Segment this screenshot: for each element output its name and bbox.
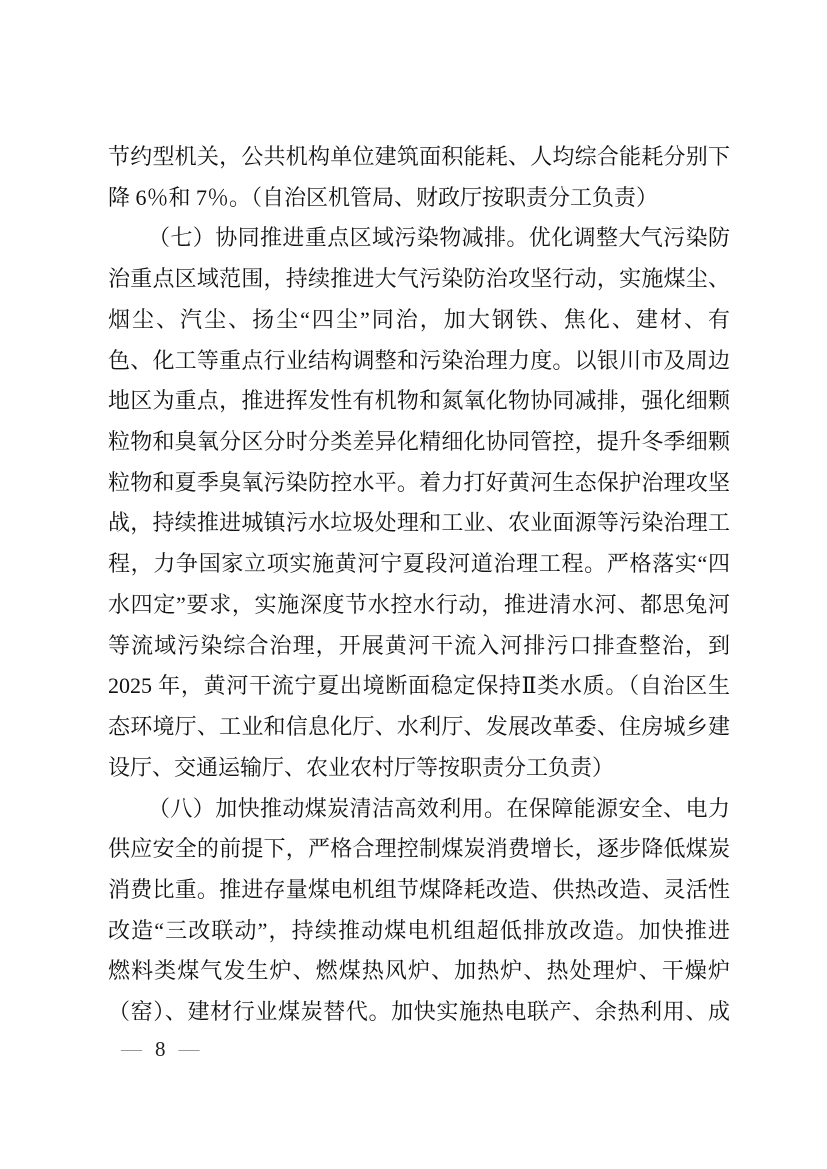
text-line: 降 6％和 7％。（自治区机管局、财政厅按职责分工负责） bbox=[108, 178, 730, 219]
text-line: 烟尘、汽尘、扬尘“四尘”同治，加大钢铁、焦化、建材、有 bbox=[108, 300, 730, 341]
text-line: （窑）、建材行业煤炭替代。加快实施热电联产、余热利用、成片 bbox=[108, 992, 730, 1033]
text-line: （七）协同推进重点区域污染物减排。优化调整大气污染防 bbox=[108, 218, 730, 259]
document-body: 节约型机关，公共机构单位建筑面积能耗、人均综合能耗分别下降 6％和 7％。（自治… bbox=[108, 137, 730, 1033]
text-line: 设厅、交通运输厅、农业农村厅等按职责分工负责） bbox=[108, 748, 730, 789]
text-line: 消费比重。推进存量煤电机组节煤降耗改造、供热改造、灵活性 bbox=[108, 870, 730, 911]
text-line: 供应安全的前提下，严格合理控制煤炭消费增长，逐步降低煤炭 bbox=[108, 829, 730, 870]
footer-dash-left: — bbox=[121, 1039, 142, 1060]
text-line: 态环境厅、工业和信息化厅、水利厅、发展改革委、住房城乡建 bbox=[108, 707, 730, 748]
text-line: 水四定”要求，实施深度节水控水行动，推进清水河、都思兔河 bbox=[108, 585, 730, 626]
footer-dash-right: — bbox=[179, 1039, 200, 1060]
text-line: 粒物和夏季臭氧污染防控水平。着力打好黄河生态保护治理攻坚 bbox=[108, 463, 730, 504]
text-line: （八）加快推动煤炭清洁高效利用。在保障能源安全、电力 bbox=[108, 789, 730, 830]
text-line: 地区为重点，推进挥发性有机物和氮氧化物协同减排，强化细颗 bbox=[108, 381, 730, 422]
text-line: 2025 年，黄河干流宁夏出境断面稳定保持Ⅱ类水质。（自治区生 bbox=[108, 666, 730, 707]
text-line: 战，持续推进城镇污水垃圾处理和工业、农业面源等污染治理工 bbox=[108, 503, 730, 544]
text-line: 节约型机关，公共机构单位建筑面积能耗、人均综合能耗分别下 bbox=[108, 137, 730, 178]
document-page: 节约型机关，公共机构单位建筑面积能耗、人均综合能耗分别下降 6％和 7％。（自治… bbox=[0, 0, 827, 1169]
text-line: 粒物和臭氧分区分时分类差异化精细化协同管控，提升冬季细颗 bbox=[108, 422, 730, 463]
text-line: 色、化工等重点行业结构调整和污染治理力度。以银川市及周边 bbox=[108, 341, 730, 382]
text-line: 燃料类煤气发生炉、燃煤热风炉、加热炉、热处理炉、干燥炉 bbox=[108, 951, 730, 992]
text-line: 等流域污染综合治理，开展黄河干流入河排污口排查整治，到 bbox=[108, 626, 730, 667]
text-line: 改造“三改联动”，持续推动煤电机组超低排放改造。加快推进 bbox=[108, 911, 730, 952]
text-line: 程，力争国家立项实施黄河宁夏段河道治理工程。严格落实“四 bbox=[108, 544, 730, 585]
text-line: 治重点区域范围，持续推进大气污染防治攻坚行动，实施煤尘、 bbox=[108, 259, 730, 300]
page-number: 8 bbox=[155, 1035, 166, 1063]
page-footer: — 8 — bbox=[121, 1035, 200, 1063]
